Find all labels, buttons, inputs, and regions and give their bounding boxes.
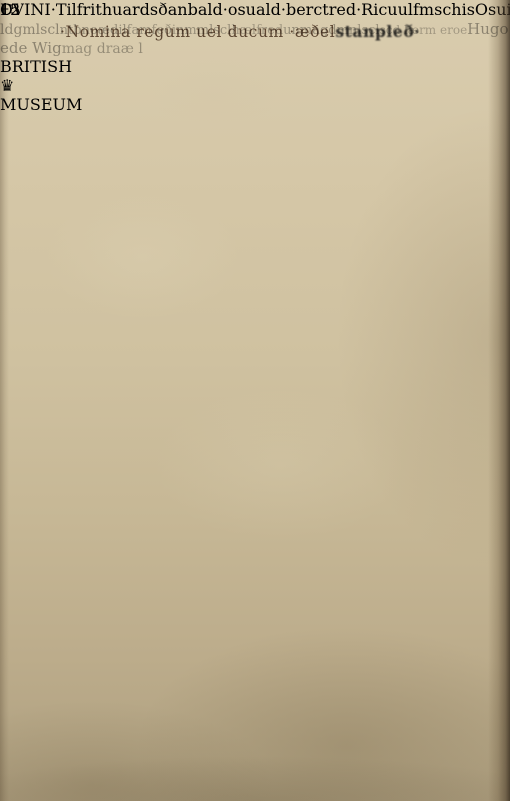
ghost-mark: mmlscl bbox=[184, 23, 231, 38]
page-gutter-edge bbox=[0, 0, 9, 801]
page-outer-edge bbox=[488, 0, 510, 801]
ghost-mark: scd lærm eroe bbox=[380, 23, 468, 37]
name-entry: ðanbald· bbox=[158, 0, 228, 19]
manuscript-page: ·Nomina regum uel ducum ·æðelstanpleð· 1… bbox=[0, 0, 510, 801]
name-entry: berctred· bbox=[286, 0, 361, 19]
illuminated-initial-e: Є bbox=[0, 0, 12, 19]
ghost-mark: hælfred bbox=[231, 23, 283, 38]
name-entry: Osuio· bbox=[475, 0, 510, 19]
name-entry: Ricuulfmschis bbox=[361, 0, 475, 19]
ghost-mark: unmagd bbox=[283, 23, 336, 38]
british-museum-stamp: BRITISH ♛ MUSEUM bbox=[0, 57, 82, 114]
name-entry: Tilfrithuards bbox=[56, 0, 158, 19]
stamp-text-top: BRITISH bbox=[0, 57, 82, 76]
ghost-mark: mag draæ l bbox=[62, 41, 143, 57]
ghost-mark: mnlscl bbox=[337, 23, 380, 38]
ghost-mark: ædilfa bbox=[98, 23, 139, 38]
name-entry: osuald· bbox=[228, 0, 286, 19]
ghost-mark: mfeðin bbox=[139, 23, 184, 38]
ghost-mark: ntbno bbox=[60, 23, 98, 38]
names-list: DVINI·Tilfrithuardsðanbald·osuald·berctr… bbox=[0, 0, 510, 19]
crown-icon: ♛ bbox=[0, 76, 82, 95]
ghost-mark: ldgmlscl bbox=[0, 22, 60, 38]
stamp-text-bottom: MUSEUM bbox=[0, 95, 82, 114]
